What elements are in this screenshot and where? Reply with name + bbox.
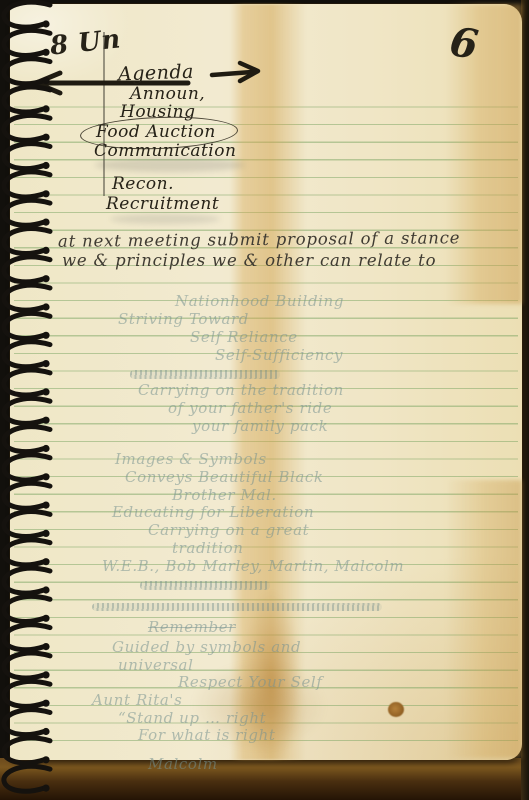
pencil-margin-line [103,32,105,196]
note-line: we & principles we & other can relate to [62,251,436,270]
crossed-out-scribble [92,603,382,611]
right-arrow-icon [208,60,264,86]
ghost-line: tradition [172,539,243,557]
ghost-line: your family pack [192,417,328,435]
ghost-line: Guided by symbols and [112,638,301,656]
ghost-line: Carrying on the tradition [138,381,344,399]
ghost-line: of your father's ride [168,399,332,417]
ghost-line: Self-Sufficiency [215,346,343,364]
notebook-cover-bottom-edge [0,758,529,800]
ghost-line: Malcolm [148,755,218,773]
crossed-out-scribble [140,581,270,590]
ghost-line: universal [118,656,193,674]
scanned-notebook-page: Nationhood Building Striving Toward Self… [0,0,529,800]
agenda-title: Agenda [118,61,195,86]
note-line: at next meeting submit proposal of a sta… [58,228,460,251]
ghost-line: Self Reliance [190,328,298,346]
ghost-line: Nationhood Building [175,292,344,310]
agenda-item: Communication [94,141,236,161]
ghost-line: Carrying on a great [148,521,309,539]
ghost-line: Brother Mal. [172,486,277,504]
agenda-item: Recon. [112,174,174,194]
ghost-line: Striving Toward [118,310,249,328]
ghost-line-crossed-out: Remember [148,618,236,636]
ghost-line: Respect Your Self [178,673,322,691]
agenda-item: Recruitment [106,194,219,214]
ghost-line: Images & Symbols [115,450,267,468]
ghost-line: W.E.B., Bob Marley, Martin, Malcolm [102,557,404,575]
ghost-line: Aunt Rita's [92,691,182,709]
agenda-item: Announ, [130,84,205,104]
spiral-binding [0,0,60,800]
crossed-out-scribble [130,370,280,379]
notebook-cover-right-edge [521,0,529,800]
ghost-line: “Stand up … right [118,709,266,727]
ghost-line: Conveys Beautiful Black [125,468,324,486]
agenda-item-circled: Food Auction [96,122,216,142]
ghost-line: For what is right [138,726,276,744]
ghost-line: Educating for Liberation [112,503,314,521]
